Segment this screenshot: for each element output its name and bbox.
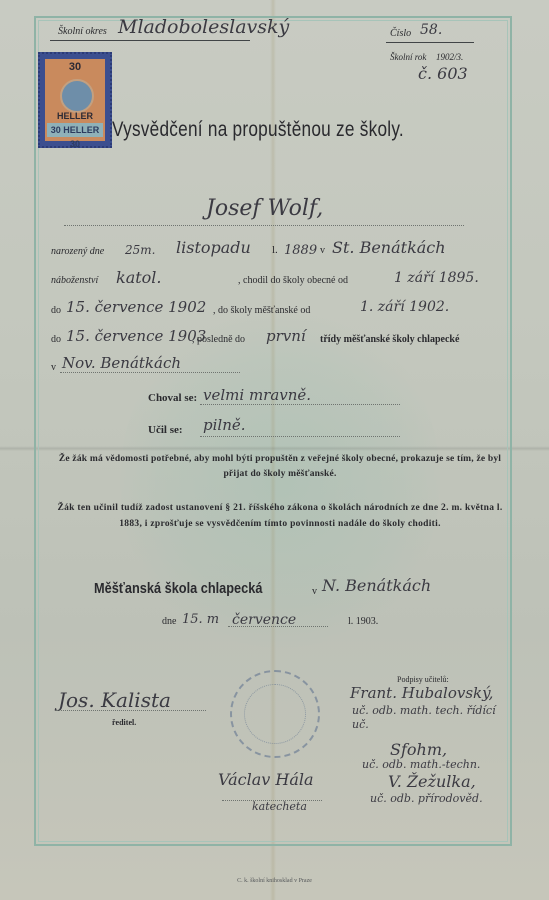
school-name: Měšťanská škola chlapecká <box>94 580 262 597</box>
number-value: 58. <box>420 22 442 38</box>
teacher-2-signature: Sfohm, <box>390 740 447 759</box>
director-line <box>56 710 206 711</box>
issuer-place: N. Benátkách <box>322 576 431 595</box>
document-title: Vysvědčení na propuštěnou ze školy. <box>112 118 404 142</box>
catechist-title: katecheta <box>252 800 307 813</box>
date-year: l. 1903. <box>348 616 378 627</box>
last-class-label: , posledně do <box>192 334 245 345</box>
elementary-from: 1 září 1895. <box>394 270 479 286</box>
teacher-3-title: uč. odb. přírodověd. <box>370 792 483 805</box>
religion-value: katol. <box>116 268 162 287</box>
printer-imprint: C. k. školní knihosklad v Praze <box>0 878 549 884</box>
paragraph-exemption: Žák ten učinil tudíž zadost ustanovení §… <box>54 500 506 532</box>
stamp-label: HELLER <box>45 111 105 121</box>
director-signature: Jos. Kalista <box>58 688 171 712</box>
school-place-line <box>60 372 240 373</box>
class-suffix: třídy měšťanské školy chlapecké <box>320 334 459 345</box>
reference-number: č. 603 <box>418 64 468 83</box>
to-label-2: do <box>51 334 61 345</box>
school-place-prefix: v <box>51 362 56 373</box>
learned-label: Učil se: <box>148 424 183 436</box>
year-prefix: l. <box>272 244 278 256</box>
born-day: 25m. <box>125 243 155 257</box>
burgher-label: , do školy měšťanské od <box>213 305 310 316</box>
date-line <box>228 626 328 627</box>
born-month: listopadu <box>176 238 251 257</box>
teacher-3-signature: V. Žežulka, <box>388 772 476 791</box>
paragraph-knowledge: Že žák má vědomosti potřebné, aby mohl b… <box>54 452 506 482</box>
burgher-from: 1. září 1902. <box>360 299 449 315</box>
born-place: St. Benátkách <box>332 238 446 257</box>
date-label: dne <box>162 616 176 627</box>
student-name: Josef Wolf, <box>206 196 323 221</box>
number-label: Číslo <box>390 28 411 39</box>
last-class-value: první <box>266 327 306 345</box>
behaved-label: Choval se: <box>148 392 197 404</box>
elementary-label: , chodil do školy obecné od <box>238 275 348 286</box>
teacher-1-title: uč. odb. math. tech. řídící uč. <box>352 704 512 732</box>
school-year-value: 1902/3. <box>436 52 463 62</box>
learned-value: pilně. <box>203 416 246 434</box>
school-seal <box>230 670 320 758</box>
district-underline <box>50 40 250 41</box>
school-year-label: Školní rok <box>390 52 426 62</box>
teacher-2-title: uč. odb. math.-techn. <box>362 758 480 771</box>
catechist-signature: Václav Hála <box>218 770 314 789</box>
teacher-1-signature: Frant. Hubalovský, <box>350 684 493 702</box>
district-label: Školní okres <box>58 26 107 37</box>
stamp-band: 30 HELLER 30 <box>47 123 103 137</box>
behaved-line <box>200 404 400 405</box>
district-value: Mladoboleslavský <box>118 16 289 38</box>
issuer-place-prefix: v <box>312 586 317 597</box>
name-line <box>64 225 464 226</box>
born-label: narozený dne <box>51 246 104 257</box>
learned-line <box>200 436 400 437</box>
number-underline <box>386 42 474 43</box>
director-title: ředitel. <box>112 718 136 727</box>
stamp-value: 30 <box>45 61 105 73</box>
behaved-value: velmi mravně. <box>203 386 311 404</box>
teachers-label: Podpisy učitelů: <box>397 675 449 684</box>
revenue-stamp: 30 HELLER 30 HELLER 30 <box>38 52 112 148</box>
burgher-to: 15. července 1903 <box>66 327 206 345</box>
place-prefix: v <box>320 245 325 256</box>
religion-label: náboženství <box>51 275 98 286</box>
to-label-1: do <box>51 305 61 316</box>
school-place: Nov. Benátkách <box>62 354 181 372</box>
born-year: 1889 <box>284 243 317 258</box>
stamp-portrait-icon <box>60 79 94 113</box>
date-day: 15. m <box>182 612 219 627</box>
elementary-to: 15. července 1902 <box>66 298 206 316</box>
